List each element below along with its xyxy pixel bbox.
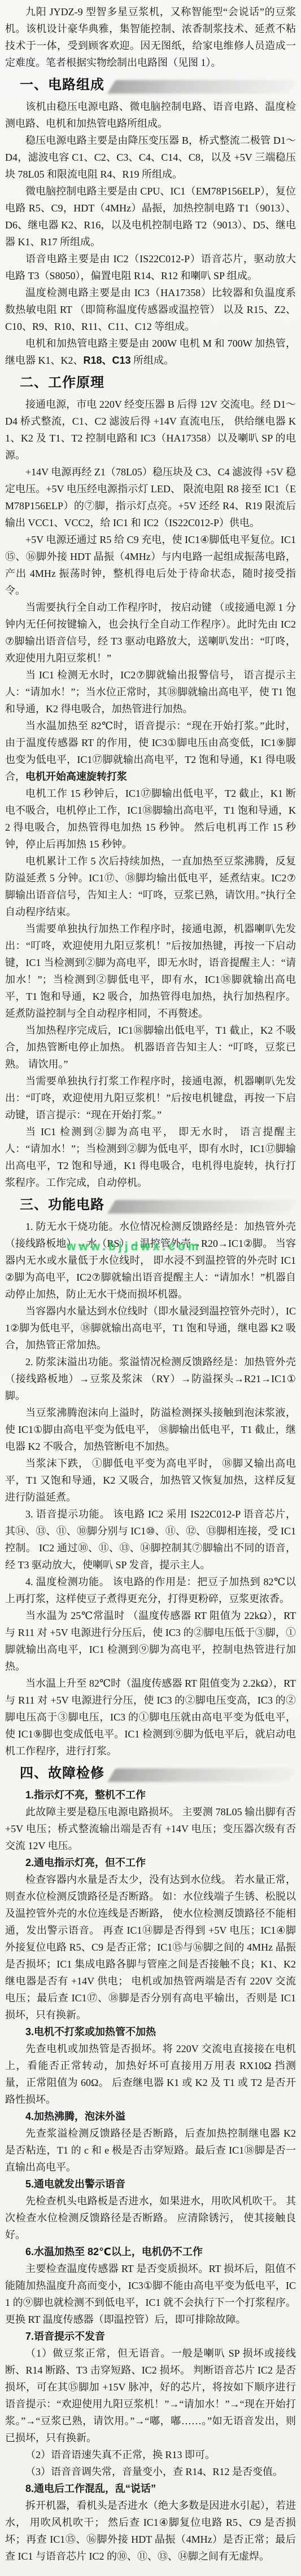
paragraph: 当水温为 25℃常温时 （温度传感器 RT 阻值为 22kΩ），RT 与 R11…: [5, 1607, 296, 1675]
paragraph: 微电脑控制电路主要是由 CPU、IC1（EM78P156ELP），复位电路 R5…: [5, 183, 296, 250]
section-1-heading-row: 一、电路组成: [5, 77, 296, 94]
paragraph: 当水温加热至 82℃时，语音提示：“现在开始打浆。”此时，由于温度传感器 RT …: [5, 717, 296, 785]
section-1-heading: 一、电路组成: [20, 77, 104, 94]
paragraph: 检查容器内水量是否太少，没有达到水位线。 若水量正常，则查水位检测反馈路径是否断…: [5, 1871, 296, 2023]
paragraph: +14V 电源再经 Z1（78L05）稳压块及 C3、C4 滤波得 +5V 稳定…: [5, 464, 296, 531]
paragraph: 当容器内水量达到水位线时（即水量浸到温控管外壳时），IC1②脚为低电平，⑱脚就输…: [5, 1303, 296, 1353]
paragraph: 主要检查温度传感器 RT 是否变质损坏。RT 损坏后，阻值不能随加热温度升高而变…: [5, 2260, 296, 2328]
paragraph: 接通电源，市电 220V 经变压器 B 后得 12V 交流电。经 D1～D4 桥…: [5, 396, 296, 464]
paragraph: 先查浆溢检测反馈路径是否断路，后查加热控制继电器 K2 是否粘连，T1 的 c …: [5, 2125, 296, 2176]
paragraph: 当加热程序完成后，IC1⑱脚输出低电平，T1 截止，K2 不吸合，加热管断电停止…: [5, 1022, 296, 1073]
paragraph: 当水温上升至 82℃时（温度传感器 RT 阻值变为 2.2kΩ），RT 与 R1…: [5, 1675, 296, 1759]
fault-item-title: 8.通电后工作混乱，乱“说话”: [5, 2480, 296, 2497]
fault-item-title: 6.水温加热至 82℃以上，电机仍不工作: [5, 2243, 296, 2260]
scan-smudge: [107, 80, 296, 94]
bold-text: R18、C13: [84, 355, 131, 366]
paragraph: 此故障主要是稳压电源电路损坏。 主要测 78L05 输出脚有否 +5V 电压；桥…: [5, 1803, 296, 1854]
paragraph: （2）语音语速失真不正常，换 R13 即可。: [5, 2446, 296, 2463]
paragraph: 3. 语音提示功能。 该电路 IC2 采用 IS22C012-P 语音芯片，其⑭…: [5, 1506, 296, 1573]
section-4-heading-row: 四、故障检修: [5, 1765, 296, 1782]
paragraph: 当需要执行全自动工作程序时， 按启动键 （或接通电源 1 分钟内无任何按键输入，…: [5, 599, 296, 667]
fault-item-title: 3.电机不打浆或加热管不加热: [5, 2023, 296, 2040]
paragraph: 当 IC1 检测无水时，IC2⑦脚就输出报警信号， 语言提示主人：“请加水！”；…: [5, 667, 296, 717]
scan-smudge: [107, 378, 296, 391]
paragraph: 当 IC1 检测到②脚为高电平， 即无水时， 语言提醒主人：“请加水！”；当检测…: [5, 1123, 296, 1191]
paragraph: +5V 电源还通过 R5 给 C9 充电，使 IC1④脚低电平复位。IC1⑮、⑯…: [5, 531, 296, 599]
paragraph: 先检查机头电路板是否进水，如果进水，用吹风机吹干。 其次检查水位检测反馈路径是否…: [5, 2193, 296, 2243]
scanned-article-page: www.bjjdwx.com 九阳 JYDZ-9 型智多星豆浆机，又称智能型“会…: [0, 0, 301, 2576]
paragraph: 温度检测电路主要是由 IC3（HA17358）比较器和负温度系数热敏电阻 RT …: [5, 284, 296, 335]
paragraph: 电机和加热管电路主要是由 200W 电机 M 和 700W 加热管，继电器 K1…: [5, 335, 296, 369]
section-3-heading: 三、功能电路: [20, 1197, 104, 1214]
paragraph: 当豆浆沸腾泡沫向上溢时，防溢检测探头接触到泡沫浆液，使 IC1①脚由高电平变为低…: [5, 1404, 296, 1455]
fault-item-title: 4.加热沸腾，泡沫外溢: [5, 2108, 296, 2125]
paragraph: 当需要单独执行加热工作程序时，接通电源，机器喇叭先发出：“叮咚，欢迎使用九阳豆浆…: [5, 920, 296, 1022]
paragraph: 先查电机或加热管是否损坏。将 220V 交流电直接接在电机上，看能否正常转动，加…: [5, 2040, 296, 2108]
scan-smudge: [107, 1768, 296, 1782]
paragraph: 语音电路主要是由 IC2（IS22C012-P）语音芯片，驱动放大电路 T3（S…: [5, 250, 296, 284]
paragraph: 稳压电源电路主要是由降压变压器 B，桥式整流二极管 D1～D4，滤波电容 C1、…: [5, 132, 296, 183]
fault-item-title: 2.通电指示灯亮，但不工作: [5, 1854, 296, 1871]
section-2-heading: 二、工作原理: [20, 374, 104, 391]
paragraph: （1）做豆浆正常，但无语音。一般是喇叭 SP 损坏或接线断、R14 断路、T3 …: [5, 2345, 296, 2446]
paragraph: 2. 防浆沫溢出功能。浆溢情况检测反馈路经是：加热管外壳（接线路板地）→豆浆及浆…: [5, 1353, 296, 1404]
paragraph: 当需要单独执行打浆工作程序时，接通电源，机器喇叭先发出：“叮咚，欢迎使用九阳豆浆…: [5, 1073, 296, 1123]
scan-smudge: [107, 1200, 296, 1214]
paragraph: 拆开机器，看机头是否进水（绝大多数是因进水引起），若进水， 用吹风机吹干； 然后…: [5, 2497, 296, 2565]
paragraph: 当浆沫下跌， ①脚低电平变为高电平时， ⑱脚又输出高电平，T1 又饱和导通，K2…: [5, 1455, 296, 1506]
fault-item-title: 7.语音提示不发音: [5, 2328, 296, 2345]
section-3-heading-row: 三、功能电路: [5, 1197, 296, 1214]
paragraph: 该机由稳压电源电路、微电脑控制电路、语音电路、温度检测电路、电机和加热管电路所组…: [5, 98, 296, 132]
paragraph: （3）语音音调失常，音量变小，查 R14、R12 是否变值。: [5, 2463, 296, 2480]
bold-text: 电机开始高速旋转打浆: [25, 771, 127, 782]
paragraph-text: 所组成。: [131, 355, 175, 366]
paragraph: 电机累计工作 5 次后持续加热，一直加热至豆浆沸腾，反复防溢延煮 5 分钟。IC…: [5, 853, 296, 920]
intro-paragraph: 九阳 JYDZ-9 型智多星豆浆机，又称智能型“会说话”的豆浆机。该机设计豪华典…: [5, 3, 296, 71]
paragraph: 4. 温度检测功能。 该电路的作用是：把豆子加热到 82℃以上再打浆，这样使豆子…: [5, 1573, 296, 1607]
paragraph: 1. 防无水干烧功能。水位情况检测反馈路经是：加热管外壳（接线路板地）→水（RS…: [5, 1218, 296, 1303]
section-2-heading-row: 二、工作原理: [5, 374, 296, 391]
section-4-heading: 四、故障检修: [20, 1765, 104, 1782]
fault-item-title: 1.指示灯不亮，整机不工作: [5, 1787, 296, 1803]
paragraph: 电机工作 15 秒钟后，IC1⑰脚输出低电平，T2 截止，K1 断电不吸合，电机…: [5, 785, 296, 853]
fault-item-title: 5.通电就发出警示语音: [5, 2176, 296, 2193]
